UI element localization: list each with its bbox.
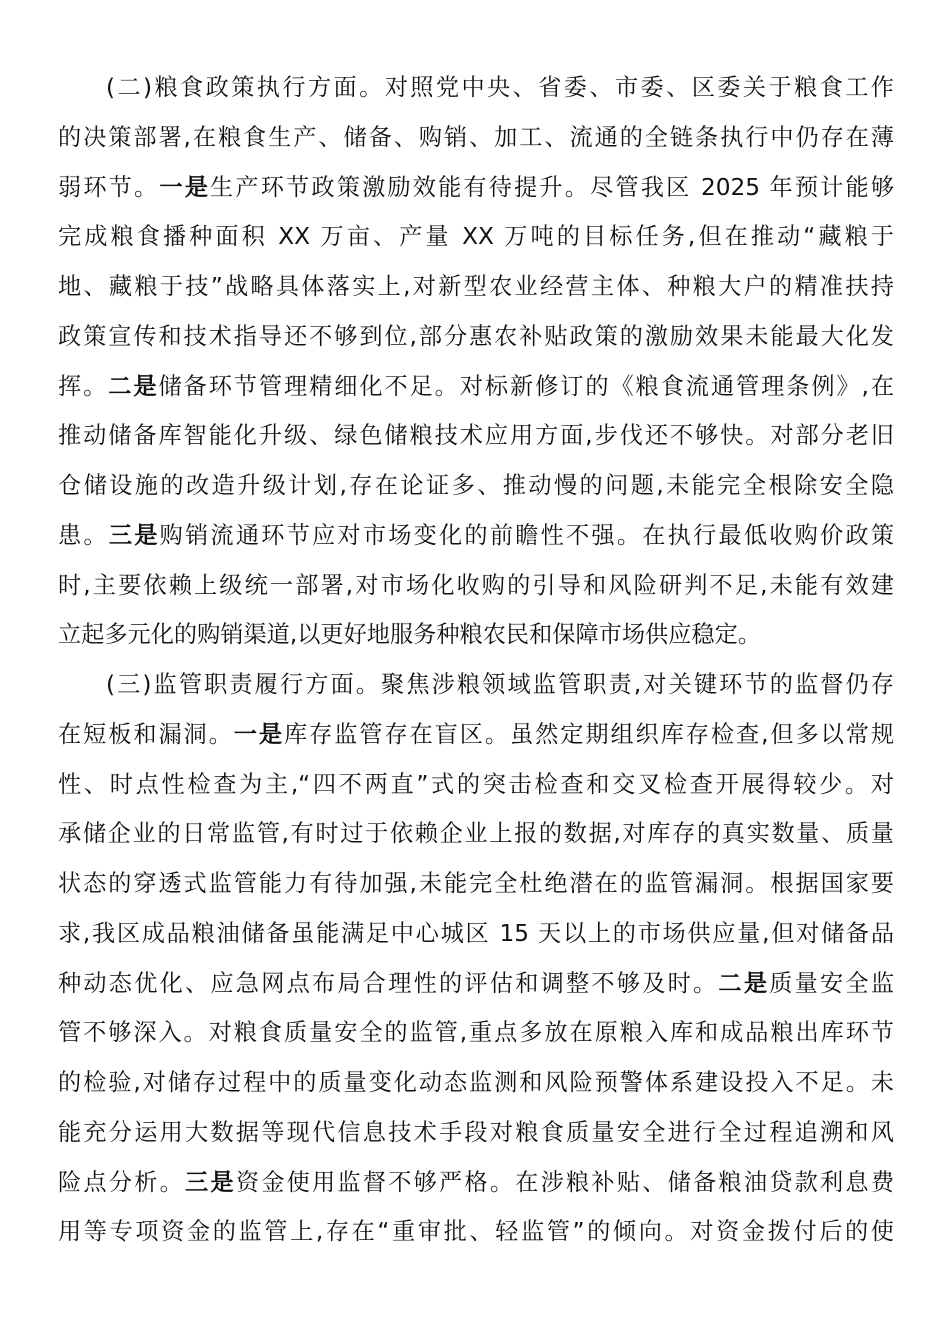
text-run: 立起多元化的购销渠道,以更好地服务种粮农民和保障市场供应稳定。 bbox=[58, 621, 761, 648]
bold-keyword: 二是 bbox=[718, 970, 769, 997]
text-run: 购销流通环节应对市场变化的前瞻性不强。在执行最低收购价政策 bbox=[160, 522, 894, 549]
text-run: 储备环节管理精细化不足。对标新修订的《粮食流通管理条例》,在 bbox=[158, 373, 894, 400]
paragraph-line: 求,我区成品粮油储备虽能满足中心城区 15 天以上的市场供应量,但对储备品 bbox=[58, 914, 894, 954]
text-run: 管不够深入。对粮食质量安全的监管,重点多放在原粮入库和成品粮出库环节 bbox=[58, 1019, 894, 1046]
text-run: 挥。 bbox=[58, 373, 108, 400]
paragraph-line: 性、时点性检查为主,“四不两直”式的突击检查和交叉检查开展得较少。对 bbox=[58, 765, 894, 805]
paragraph-line: 承储企业的日常监管,有时过于依赖企业上报的数据,对库存的真实数量、质量 bbox=[58, 814, 894, 854]
paragraph-line: 用等专项资金的监管上,存在“重审批、轻监管”的倾向。对资金拨付后的使 bbox=[58, 1212, 894, 1252]
text-run: 状态的穿透式监管能力有待加强,未能完全杜绝潜在的监管漏洞。根据国家要 bbox=[58, 870, 894, 897]
text-run: 仓储设施的改造升级计划,存在论证多、推动慢的问题,未能完全根除安全隐 bbox=[58, 472, 894, 499]
text-run: 生产环节政策激励效能有待提升。尽管我区 2025 年预计能够 bbox=[210, 174, 894, 201]
text-run: (三)监管职责履行方面。聚焦涉粮领域监管职责,对关键环节的监督仍存 bbox=[106, 671, 894, 698]
text-run: 的检验,对储存过程中的质量变化动态监测和风险预警体系建设投入不足。未 bbox=[58, 1069, 894, 1096]
text-run: 库存监管存在盲区。虽然定期组织库存检查,但多以常规 bbox=[284, 721, 894, 748]
paragraph-line: 推动储备库智能化升级、绿色储粮技术应用方面,步伐还不够快。对部分老旧 bbox=[58, 416, 894, 456]
bold-keyword: 二是 bbox=[108, 373, 158, 400]
text-run: 时,主要依赖上级统一部署,对市场化收购的引导和风险研判不足,未能有效建 bbox=[58, 572, 894, 599]
text-run: 患。 bbox=[58, 522, 109, 549]
bold-keyword: 三是 bbox=[109, 522, 160, 549]
paragraph-line: 的决策部署,在粮食生产、储备、购销、加工、流通的全链条执行中仍存在薄 bbox=[58, 118, 894, 158]
paragraph-line: 险点分析。三是资金使用监督不够严格。在涉粮补贴、储备粮油贷款利息费 bbox=[58, 1163, 894, 1203]
paragraph-line: 弱环节。一是生产环节政策激励效能有待提升。尽管我区 2025 年预计能够 bbox=[58, 168, 894, 208]
paragraph-line: 患。三是购销流通环节应对市场变化的前瞻性不强。在执行最低收购价政策 bbox=[58, 516, 894, 556]
document-page: (二)粮食政策执行方面。对照党中央、省委、市委、区委关于粮食工作的决策部署,在粮… bbox=[0, 0, 950, 1344]
paragraph-line: 的检验,对储存过程中的质量变化动态监测和风险预警体系建设投入不足。未 bbox=[58, 1063, 894, 1103]
text-run: (二)粮食政策执行方面。对照党中央、省委、市委、区委关于粮食工作 bbox=[106, 74, 894, 101]
text-run: 用等专项资金的监管上,存在“重审批、轻监管”的倾向。对资金拨付后的使 bbox=[58, 1218, 894, 1245]
text-run: 险点分析。 bbox=[58, 1169, 185, 1196]
text-run: 性、时点性检查为主,“四不两直”式的突击检查和交叉检查开展得较少。对 bbox=[58, 771, 894, 798]
paragraph-line: 完成粮食播种面积 XX 万亩、产量 XX 万吨的目标任务,但在推动“藏粮于 bbox=[58, 217, 894, 257]
paragraph-line: 挥。二是储备环节管理精细化不足。对标新修订的《粮食流通管理条例》,在 bbox=[58, 367, 894, 407]
text-run: 能充分运用大数据等现代信息技术手段对粮食质量安全进行全过程追溯和风 bbox=[58, 1119, 894, 1146]
text-run: 资金使用监督不够严格。在涉粮补贴、储备粮油贷款利息费 bbox=[236, 1169, 894, 1196]
text-run: 政策宣传和技术指导还不够到位,部分惠农补贴政策的激励效果未能最大化发 bbox=[58, 323, 894, 350]
text-run: 完成粮食播种面积 XX 万亩、产量 XX 万吨的目标任务,但在推动“藏粮于 bbox=[58, 223, 894, 250]
paragraph-line: 立起多元化的购销渠道,以更好地服务种粮农民和保障市场供应稳定。 bbox=[58, 615, 894, 655]
text-run: 求,我区成品粮油储备虽能满足中心城区 15 天以上的市场供应量,但对储备品 bbox=[58, 920, 894, 947]
paragraph-heading-line: (三)监管职责履行方面。聚焦涉粮领域监管职责,对关键环节的监督仍存 bbox=[106, 665, 894, 705]
paragraph-line: 时,主要依赖上级统一部署,对市场化收购的引导和风险研判不足,未能有效建 bbox=[58, 566, 894, 606]
paragraph-line: 管不够深入。对粮食质量安全的监管,重点多放在原粮入库和成品粮出库环节 bbox=[58, 1013, 894, 1053]
text-run: 种动态优化、应急网点布局合理性的评估和调整不够及时。 bbox=[58, 970, 718, 997]
bold-keyword: 一是 bbox=[159, 174, 210, 201]
paragraph-line: 地、藏粮于技”战略具体落实上,对新型农业经营主体、种粮大户的精准扶持 bbox=[58, 267, 894, 307]
bold-keyword: 一是 bbox=[234, 721, 284, 748]
paragraph-line: 在短板和漏洞。一是库存监管存在盲区。虽然定期组织库存检查,但多以常规 bbox=[58, 715, 894, 755]
text-run: 在短板和漏洞。 bbox=[58, 721, 234, 748]
paragraph-line: 能充分运用大数据等现代信息技术手段对粮食质量安全进行全过程追溯和风 bbox=[58, 1113, 894, 1153]
text-run: 承储企业的日常监管,有时过于依赖企业上报的数据,对库存的真实数量、质量 bbox=[58, 820, 894, 847]
text-run: 地、藏粮于技”战略具体落实上,对新型农业经营主体、种粮大户的精准扶持 bbox=[58, 273, 894, 300]
paragraph-line: 种动态优化、应急网点布局合理性的评估和调整不够及时。二是质量安全监 bbox=[58, 964, 894, 1004]
paragraph-line: 状态的穿透式监管能力有待加强,未能完全杜绝潜在的监管漏洞。根据国家要 bbox=[58, 864, 894, 904]
text-run: 质量安全监 bbox=[769, 970, 894, 997]
paragraph-heading-line: (二)粮食政策执行方面。对照党中央、省委、市委、区委关于粮食工作 bbox=[106, 68, 894, 108]
text-run: 的决策部署,在粮食生产、储备、购销、加工、流通的全链条执行中仍存在薄 bbox=[58, 124, 894, 151]
text-run: 弱环节。 bbox=[58, 174, 159, 201]
paragraph-line: 政策宣传和技术指导还不够到位,部分惠农补贴政策的激励效果未能最大化发 bbox=[58, 317, 894, 357]
text-run: 推动储备库智能化升级、绿色储粮技术应用方面,步伐还不够快。对部分老旧 bbox=[58, 422, 894, 449]
paragraph-line: 仓储设施的改造升级计划,存在论证多、推动慢的问题,未能完全根除安全隐 bbox=[58, 466, 894, 506]
bold-keyword: 三是 bbox=[185, 1169, 236, 1196]
